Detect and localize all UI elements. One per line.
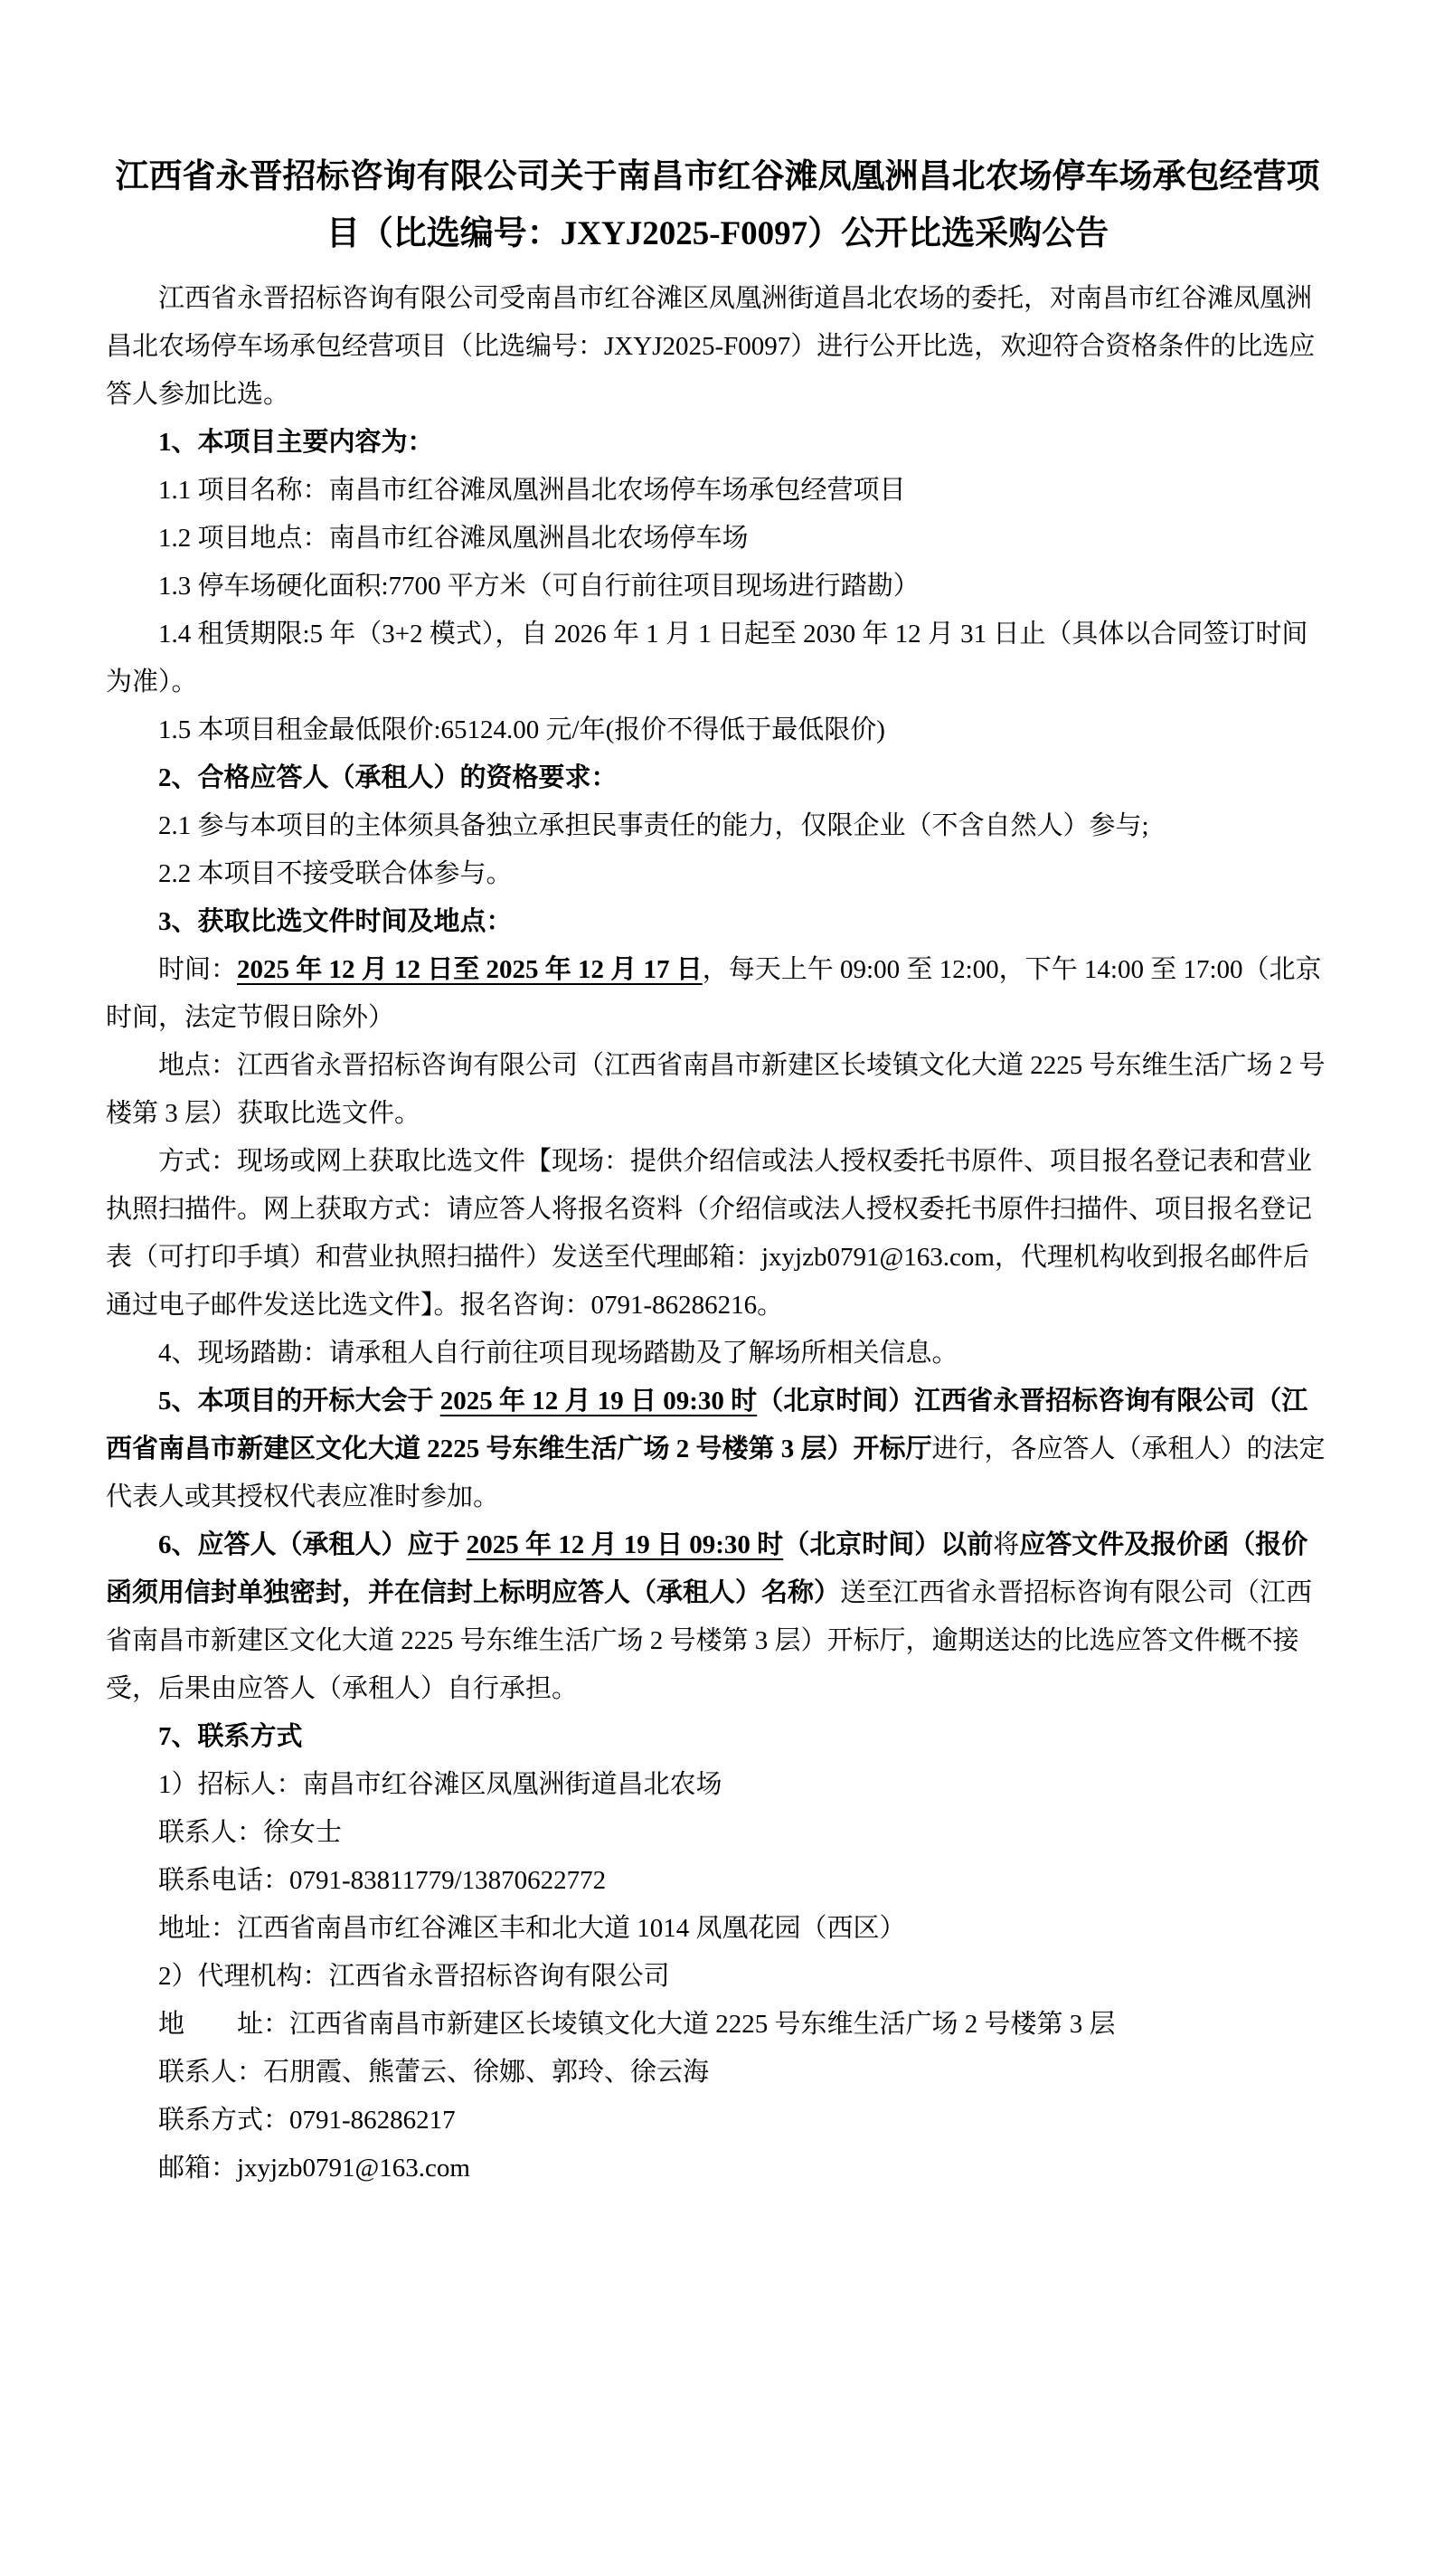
bold-text-run: 1、本项目主要内容为： [158, 428, 434, 457]
text-run: 联系方式：0791-86286217 [158, 2106, 456, 2135]
paragraph: 1、本项目主要内容为： [106, 419, 1329, 467]
paragraph: 方式：现场或网上获取比选文件【现场：提供介绍信或法人授权委托书原件、项目报名登记… [106, 1138, 1329, 1330]
text-run: 1.3 停车场硬化面积:7700 平方米（可自行前往项目现场进行踏勘） [158, 572, 920, 601]
text-run: 联系电话：0791-83811779/13870622772 [158, 1866, 606, 1895]
underlined-date-run: 2025 年 12 月 19 日 09:30 时 [440, 1387, 757, 1416]
text-run: 将 [993, 1530, 1019, 1559]
underlined-date-run: 2025 年 12 月 12 日至 2025 年 12 月 17 日 [237, 955, 703, 984]
bold-text-run: 2、合格应答人（承租人）的资格要求： [158, 763, 618, 792]
paragraph: 1.2 项目地点：南昌市红谷滩凤凰洲昌北农场停车场 [106, 515, 1329, 563]
bold-text-run: （北京时间）以前 [783, 1530, 993, 1559]
text-run: 地址：江西省南昌市红谷滩区丰和北大道 1014 凤凰花园（西区） [158, 1914, 906, 1943]
paragraph: 2.1 参与本项目的主体须具备独立承担民事责任的能力，仅限企业（不含自然人）参与… [106, 802, 1329, 850]
text-run: 1.1 项目名称：南昌市红谷滩凤凰洲昌北农场停车场承包经营项目 [158, 476, 906, 505]
paragraph: 1）招标人：南昌市红谷滩区凤凰洲街道昌北农场 [106, 1761, 1329, 1809]
text-run: 1.2 项目地点：南昌市红谷滩凤凰洲昌北农场停车场 [158, 524, 749, 553]
underlined-date-run: 2025 年 12 月 19 日 09:30 时 [467, 1530, 783, 1559]
text-run: 2.2 本项目不接受联合体参与。 [158, 859, 513, 888]
paragraph: 4、现场踏勘：请承租人自行前往项目现场踏勘及了解场所相关信息。 [106, 1330, 1329, 1378]
paragraph: 2、合格应答人（承租人）的资格要求： [106, 754, 1329, 802]
paragraph: 5、本项目的开标大会于 2025 年 12 月 19 日 09:30 时（北京时… [106, 1378, 1329, 1521]
text-run: 方式：现场或网上获取比选文件【现场：提供介绍信或法人授权委托书原件、项目报名登记… [106, 1147, 1312, 1320]
text-run: 邮箱：jxyjzb0791@163.com [158, 2154, 470, 2183]
paragraph: 联系电话：0791-83811779/13870622772 [106, 1857, 1329, 1905]
paragraph: 2.2 本项目不接受联合体参与。 [106, 850, 1329, 898]
paragraph: 7、联系方式 [106, 1713, 1329, 1761]
paragraph: 时间：2025 年 12 月 12 日至 2025 年 12 月 17 日，每天… [106, 946, 1329, 1042]
bold-text-run: 7、联系方式 [158, 1722, 303, 1751]
text-run: 2.1 参与本项目的主体须具备独立承担民事责任的能力，仅限企业（不含自然人）参与… [158, 811, 1149, 840]
bold-text-run: 3、获取比选文件时间及地点： [158, 907, 513, 936]
paragraph: 联系方式：0791-86286217 [106, 2097, 1329, 2145]
text-run: 江西省永晋招标咨询有限公司受南昌市红谷滩区凤凰洲街道昌北农场的委托，对南昌市红谷… [106, 284, 1315, 409]
paragraph: 联系人：徐女士 [106, 1809, 1329, 1857]
bold-text-run: 6、应答人（承租人）应于 [158, 1530, 467, 1559]
document-body: 江西省永晋招标咨询有限公司受南昌市红谷滩区凤凰洲街道昌北农场的委托，对南昌市红谷… [106, 275, 1329, 2192]
paragraph: 地址：江西省南昌市红谷滩区丰和北大道 1014 凤凰花园（西区） [106, 1905, 1329, 1953]
paragraph: 1.3 停车场硬化面积:7700 平方米（可自行前往项目现场进行踏勘） [106, 563, 1329, 611]
text-run: 地 址：江西省南昌市新建区长堎镇文化大道 2225 号东维生活广场 2 号楼第 … [158, 2010, 1116, 2039]
bold-text-run: 5、本项目的开标大会于 [158, 1387, 440, 1416]
text-run: 4、现场踏勘：请承租人自行前往项目现场踏勘及了解场所相关信息。 [158, 1339, 958, 1368]
document-page: 江西省永晋招标咨询有限公司关于南昌市红谷滩凤凰洲昌北农场停车场承包经营项目（比选… [0, 0, 1435, 2576]
text-run: 联系人：石朋霞、熊蕾云、徐娜、郭玲、徐云海 [158, 2058, 709, 2087]
paragraph: 6、应答人（承租人）应于 2025 年 12 月 19 日 09:30 时（北京… [106, 1521, 1329, 1713]
document-title: 江西省永晋招标咨询有限公司关于南昌市红谷滩凤凰洲昌北农场停车场承包经营项目（比选… [106, 148, 1329, 262]
paragraph: 1.4 租赁期限:5 年（3+2 模式），自 2026 年 1 月 1 日起至 … [106, 611, 1329, 706]
text-run: 联系人：徐女士 [158, 1818, 342, 1847]
paragraph: 1.5 本项目租金最低限价:65124.00 元/年(报价不得低于最低限价) [106, 706, 1329, 754]
paragraph: 地点：江西省永晋招标咨询有限公司（江西省南昌市新建区长堎镇文化大道 2225 号… [106, 1042, 1329, 1138]
text-run: 2）代理机构：江西省永晋招标咨询有限公司 [158, 1962, 670, 1991]
paragraph: 地 址：江西省南昌市新建区长堎镇文化大道 2225 号东维生活广场 2 号楼第 … [106, 2001, 1329, 2049]
paragraph: 联系人：石朋霞、熊蕾云、徐娜、郭玲、徐云海 [106, 2049, 1329, 2097]
paragraph: 3、获取比选文件时间及地点： [106, 898, 1329, 946]
paragraph: 2）代理机构：江西省永晋招标咨询有限公司 [106, 1953, 1329, 2001]
paragraph: 江西省永晋招标咨询有限公司受南昌市红谷滩区凤凰洲街道昌北农场的委托，对南昌市红谷… [106, 275, 1329, 419]
text-run: 1.4 租赁期限:5 年（3+2 模式），自 2026 年 1 月 1 日起至 … [106, 620, 1308, 696]
paragraph: 邮箱：jxyjzb0791@163.com [106, 2145, 1329, 2192]
text-run: 1.5 本项目租金最低限价:65124.00 元/年(报价不得低于最低限价) [158, 715, 885, 744]
text-run: 地点：江西省永晋招标咨询有限公司（江西省南昌市新建区长堎镇文化大道 2225 号… [106, 1051, 1326, 1128]
paragraph: 1.1 项目名称：南昌市红谷滩凤凰洲昌北农场停车场承包经营项目 [106, 467, 1329, 515]
text-run: 1）招标人：南昌市红谷滩区凤凰洲街道昌北农场 [158, 1770, 722, 1799]
text-run: 时间： [158, 955, 237, 984]
